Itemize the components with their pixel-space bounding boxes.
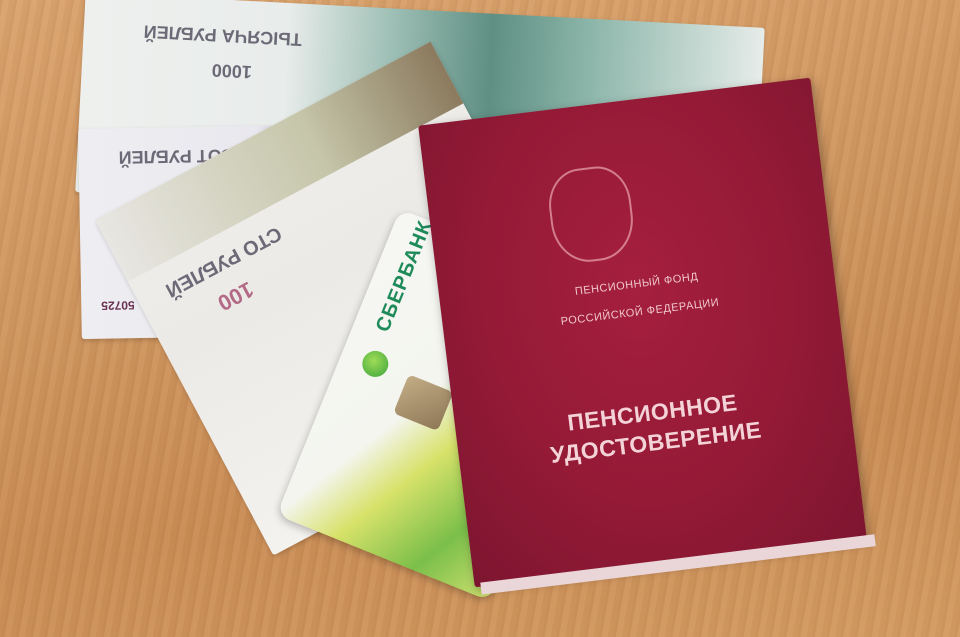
banknote-numeral: 100: [213, 276, 258, 316]
banknote-serial: 50725: [101, 298, 135, 313]
pension-certificate: ПЕНСИОННЫЙ ФОНД РОССИЙСКОЙ ФЕДЕРАЦИИ ПЕН…: [418, 78, 867, 588]
issuer-line-1: ПЕНСИОННЫЙ ФОНД: [440, 254, 834, 314]
issuer-line-2: РОССИЙСКОЙ ФЕДЕРАЦИИ: [443, 282, 837, 342]
banknote-numeral: 1000: [211, 59, 252, 82]
card-chip-icon: [393, 374, 453, 431]
banknote-text: ТЫСЯЧА РУБЛЕЙ: [143, 20, 302, 49]
coat-of-arms-icon: [545, 163, 638, 266]
sberbank-logo-icon: [358, 347, 392, 381]
